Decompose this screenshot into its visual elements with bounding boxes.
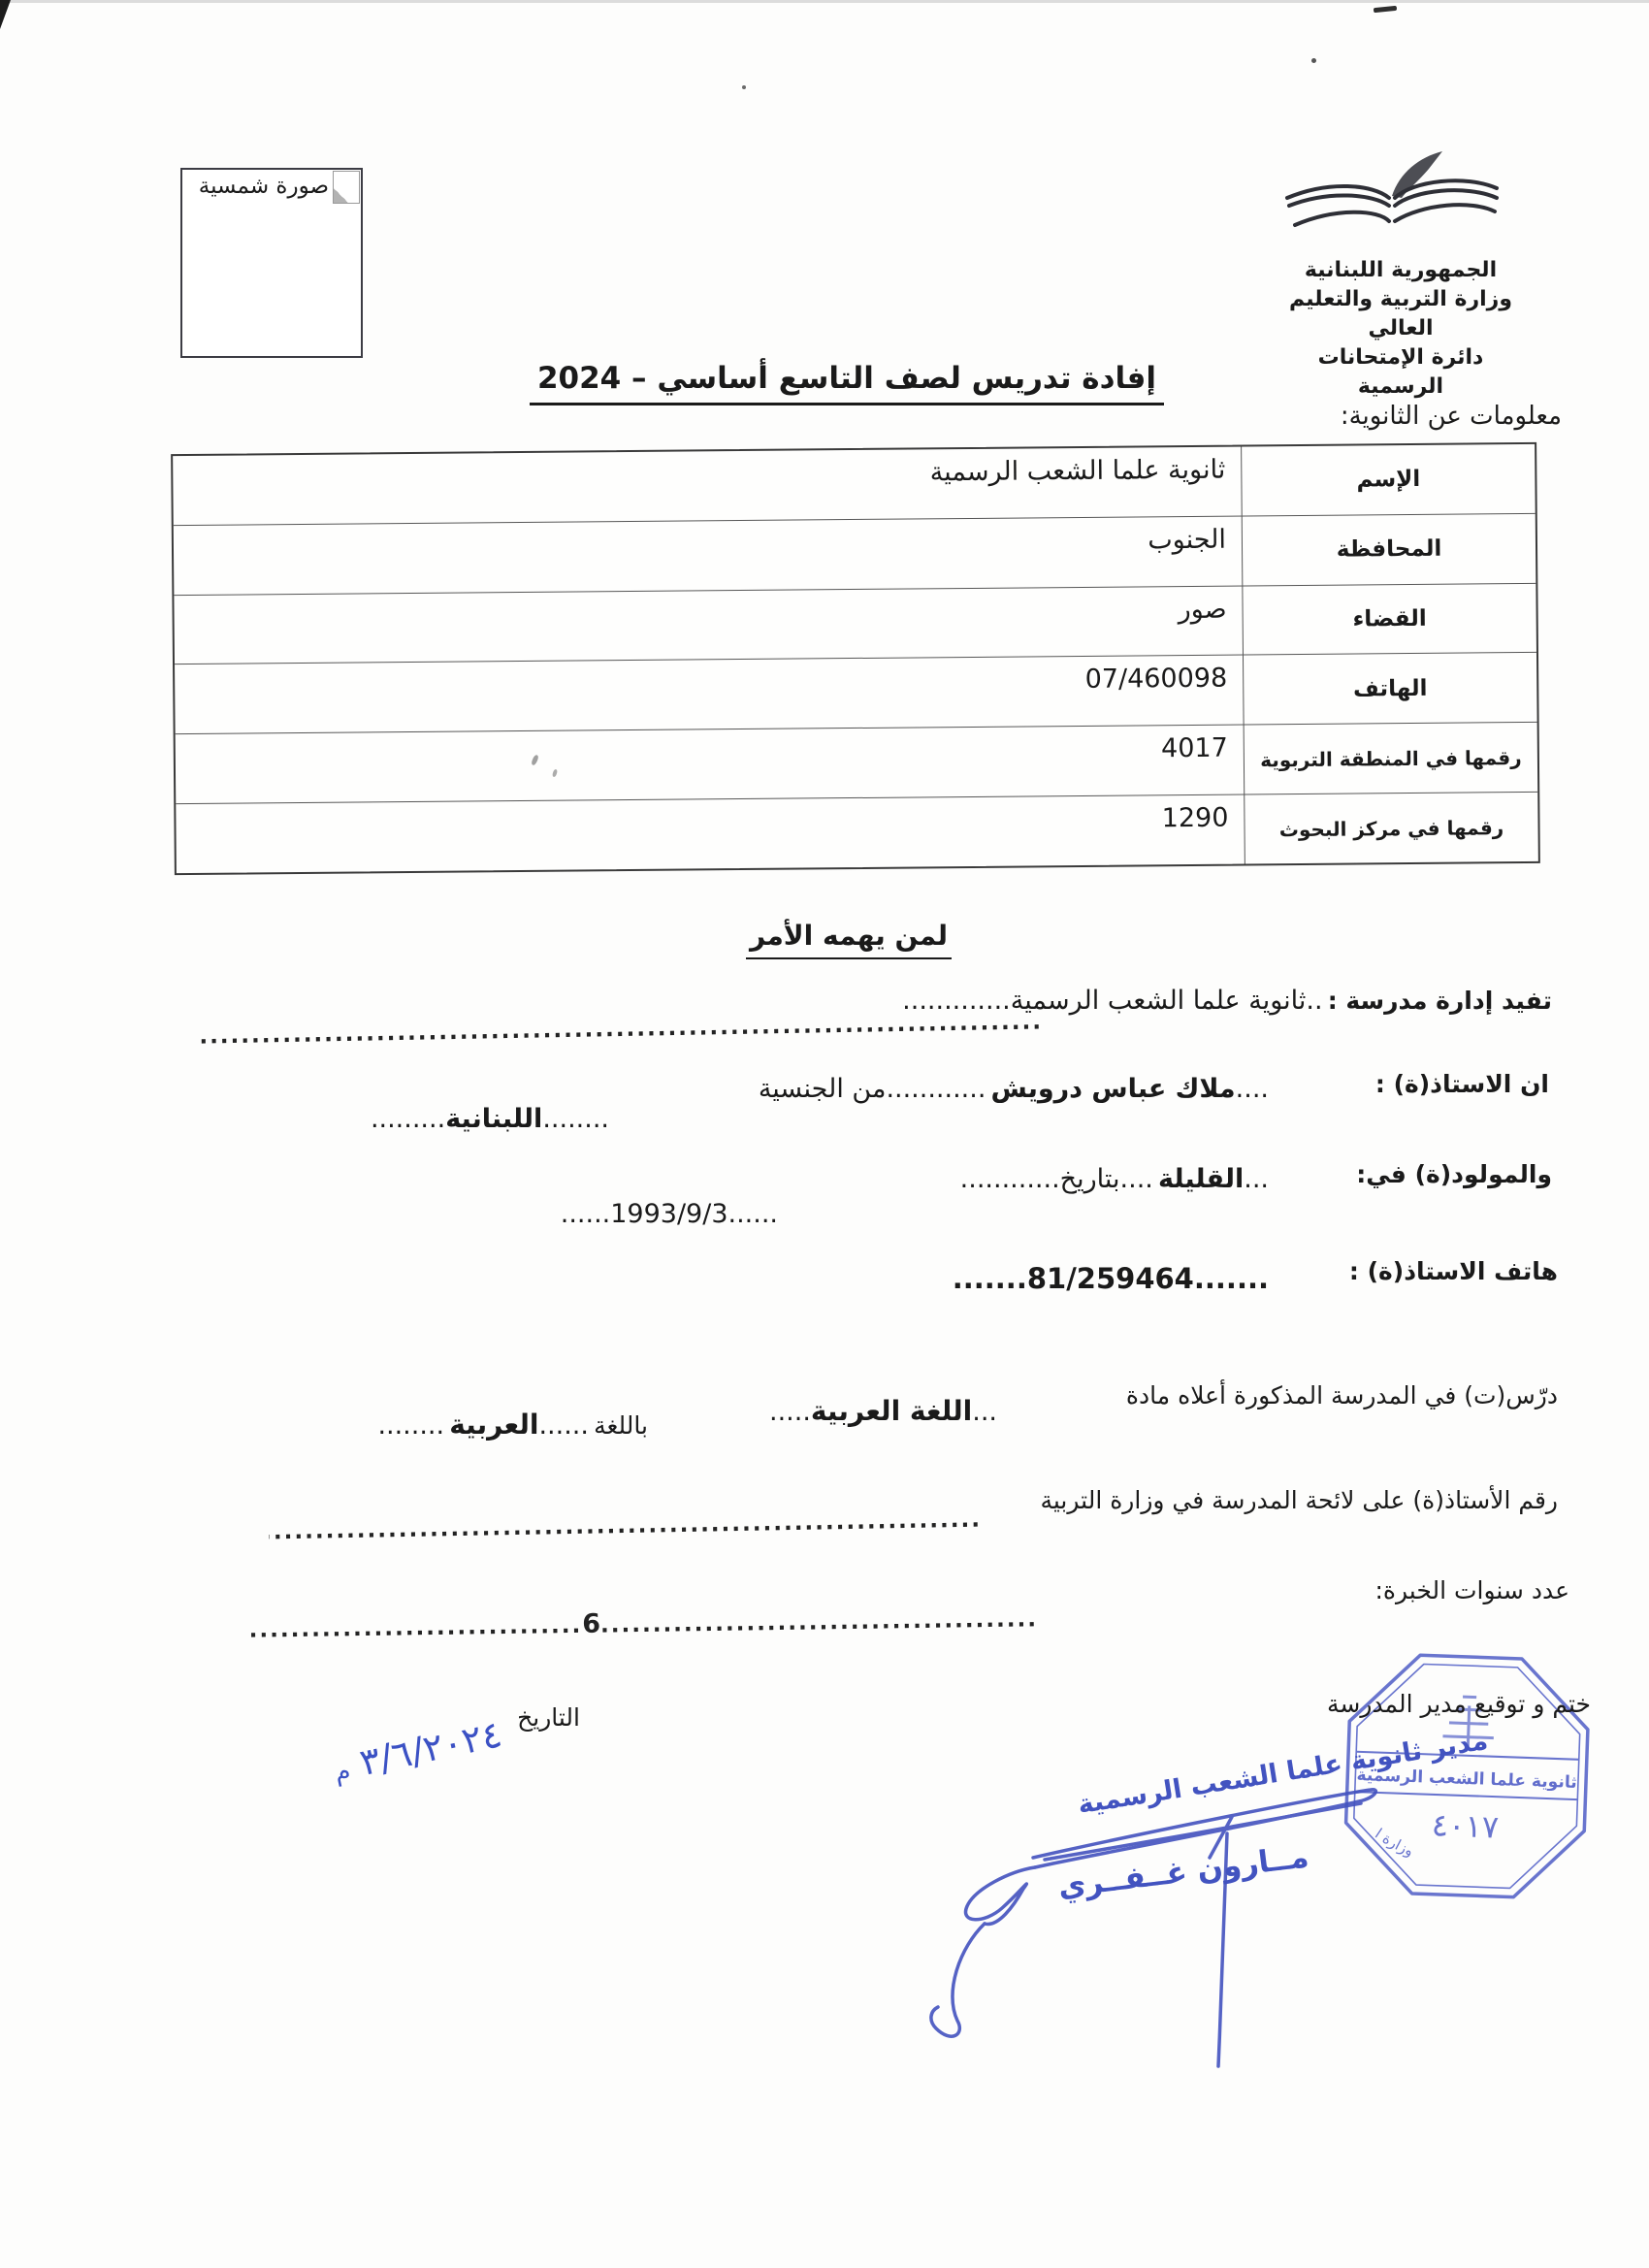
table-row: الإسم ثانوية علما الشعب الرسمية [173, 444, 1536, 526]
scan-dot-artifact [742, 85, 746, 89]
teacher-phone-value: 81/259464 [1027, 1262, 1194, 1295]
experience-value: 6 [582, 1609, 600, 1639]
dotted-line: ........................................… [269, 1507, 982, 1545]
document-title: إفادة تدريس لصف التاسع أساسي – 2024 [530, 361, 1164, 405]
dots: ....... [1194, 1262, 1269, 1295]
scanned-teaching-certificate: صورة شمسية الجمهورية اللبنانية وزارة الت… [0, 0, 1649, 2268]
table-row: القضاء صور [174, 584, 1536, 665]
language-line: باللغة ......العربية ........ [377, 1409, 648, 1441]
date-suffix: م [332, 1756, 353, 1788]
table-row: رقمها في المنطقة التربوية 4017 [176, 723, 1538, 804]
row-label: رقمها في المنطقة التربوية [1244, 723, 1538, 794]
language-label: باللغة [594, 1411, 648, 1440]
dots: ............ [886, 1074, 986, 1104]
row-label: الإسم [1241, 444, 1536, 515]
school-certify-label: تفيد إدارة مدرسة : [1328, 987, 1552, 1015]
republic-name: الجمهورية اللبنانية [1278, 256, 1523, 285]
teacher-name-value: ملاك عباس درويش [991, 1074, 1236, 1104]
row-value: 1290 [176, 795, 1245, 873]
date-value: ٣/٦/٢٠٢٤ [356, 1712, 505, 1784]
birth-label: والمولود(ة) في: [1356, 1160, 1552, 1188]
row-label: رقمها في مركز البحوث [1244, 793, 1538, 863]
birth-place-line: ...القليلة ....بتاريخ............ [960, 1164, 1269, 1194]
open-book-logo-icon [1276, 147, 1508, 239]
row-value: ثانوية علما الشعب الرسمية [173, 447, 1242, 525]
nationality-label: من الجنسية [759, 1074, 887, 1104]
date-label: التاريخ [517, 1703, 580, 1732]
dots: .... [1120, 1164, 1153, 1194]
school-name-value: ثانوية علما الشعب الرسمية [1011, 986, 1307, 1016]
photo-box-label: صورة شمسية [199, 172, 329, 199]
scan-dash-artifact [1374, 6, 1397, 13]
ministry-name: وزارة التربية والتعليم العالي [1278, 285, 1523, 343]
row-label: القضاء [1242, 584, 1536, 655]
research-number: 1290 [1162, 803, 1229, 834]
table-intro: معلومات عن الثانوية: [1341, 402, 1562, 431]
birth-date-line: ......1993/9/3...... [561, 1199, 778, 1229]
nationality-line: ........اللبنانية......... [371, 1104, 609, 1134]
dots: ........ [542, 1104, 609, 1134]
dots: ........................................… [600, 1606, 1038, 1637]
stamp-heading: ختم و توقيع مدير المدرسة [1327, 1690, 1591, 1718]
birth-date-label: بتاريخ [1060, 1164, 1120, 1194]
signature-scribble [917, 1741, 1431, 2100]
handwritten-date: ٣/٦/٢٠٢٤ م [193, 1712, 505, 1819]
scan-top-edge [0, 0, 1649, 3]
table-row: رقمها في مركز البحوث 1290 [176, 793, 1538, 873]
scan-corner-artifact [0, 0, 11, 29]
dots: .... [1236, 1074, 1269, 1104]
dots: ...... [561, 1199, 611, 1229]
teacher-name-line: ....ملاك عباس درويش ............من الجنس… [759, 1074, 1269, 1104]
title-wrap: إفادة تدريس لصف التاسع أساسي – 2024 [410, 361, 1283, 405]
table-row: الهاتف 07/460098 [175, 653, 1537, 734]
school-info-table: الإسم ثانوية علما الشعب الرسمية المحافظة… [171, 442, 1540, 875]
experience-label: عدد سنوات الخبرة: [1374, 1576, 1569, 1604]
broken-image-icon [333, 171, 360, 204]
dots: ........ [377, 1410, 444, 1441]
stamp-number: ٤٠١٧ [1431, 1806, 1500, 1845]
phone-number: 07/460098 [1085, 664, 1228, 695]
row-value: صور [174, 586, 1243, 664]
district-number: 4017 [1161, 733, 1228, 764]
dots: ......... [371, 1104, 445, 1134]
registry-label: رقم الأستاذ(ة) على لائحة المدرسة في وزار… [1040, 1486, 1558, 1514]
dots: ....... [953, 1262, 1027, 1295]
dots: ...... [538, 1410, 589, 1441]
row-value: 07/460098 [175, 656, 1244, 733]
dots: .. [1306, 986, 1322, 1016]
birth-date-value: 1993/9/3 [610, 1199, 727, 1229]
birth-place-value: القليلة [1158, 1164, 1244, 1194]
dotted-line: ........................................… [199, 1009, 1043, 1049]
dots: ............ [960, 1164, 1060, 1194]
teacher-label: ان الاستاذ(ة) : [1375, 1070, 1549, 1098]
dots: ...... [728, 1199, 779, 1229]
row-label: المحافظة [1242, 514, 1536, 585]
dots: ..... [769, 1397, 811, 1427]
row-value: 4017 [176, 726, 1245, 803]
scan-dot-artifact [1311, 58, 1316, 63]
dots: ... [1244, 1164, 1269, 1194]
photo-box: صورة شمسية [180, 168, 363, 358]
experience-line: ........................................… [247, 1603, 1038, 1643]
dots: ... [972, 1397, 997, 1427]
ministry-header: الجمهورية اللبنانية وزارة التربية والتعل… [1278, 256, 1523, 402]
teacher-phone-line: .......81/259464....... [953, 1262, 1269, 1295]
exams-department: دائرة الإمتحانات الرسمية [1278, 343, 1523, 402]
letter-heading: لمن يهمه الأمر [746, 920, 952, 959]
row-label: الهاتف [1243, 653, 1537, 724]
row-value: الجنوب [174, 516, 1243, 594]
teacher-phone-label: هاتف الاستاذ(ة) : [1349, 1257, 1558, 1285]
dots: ........................................… [247, 1613, 583, 1644]
subject-line: ...اللغة العربية..... [769, 1395, 997, 1427]
subject-label: درّس(ت) في المدرسة المذكورة أعلاه مادة [1126, 1381, 1558, 1409]
language-value: العربية [449, 1409, 538, 1441]
subject-value: اللغة العربية [811, 1395, 972, 1427]
table-row: المحافظة الجنوب [174, 514, 1536, 596]
nationality-value: اللبنانية [445, 1104, 542, 1134]
letter-heading-wrap: لمن يهمه الأمر [24, 920, 1649, 959]
